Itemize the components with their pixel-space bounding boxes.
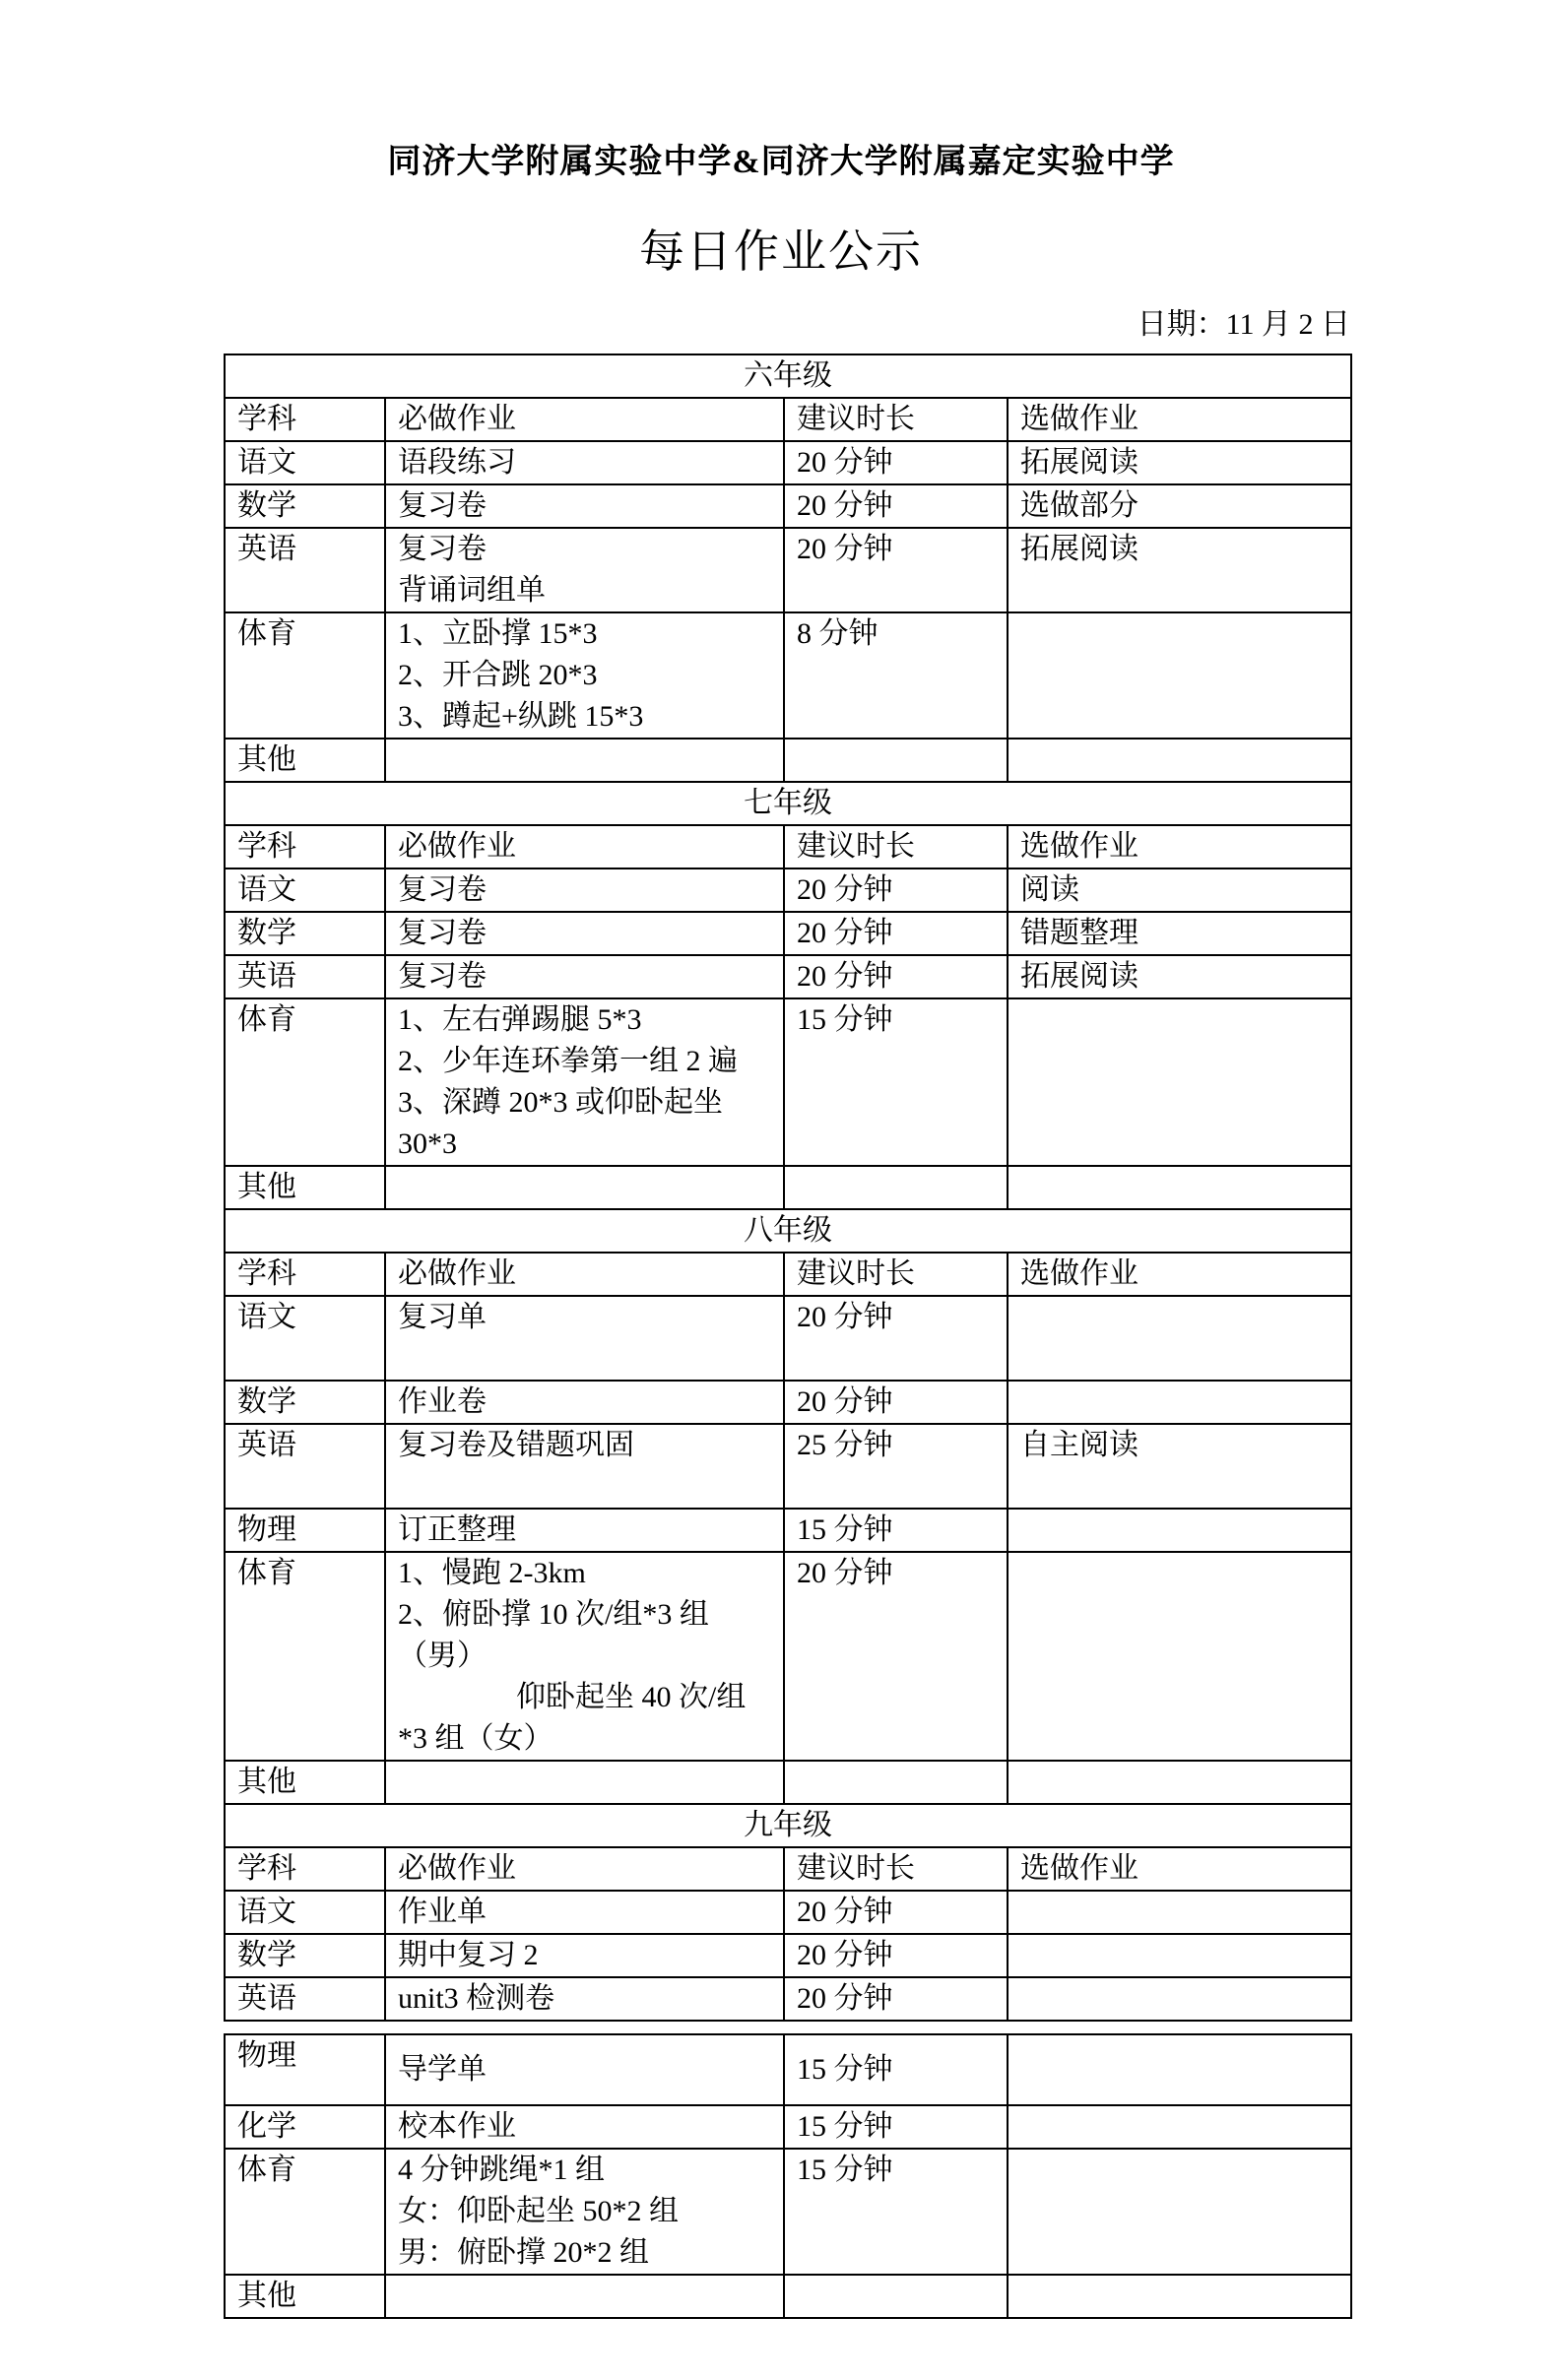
optional-homework-cell: 拓展阅读 xyxy=(1008,528,1351,612)
required-homework-cell xyxy=(385,1761,784,1804)
subject-cell: 英语 xyxy=(225,1977,385,2021)
document-subtitle: 每日作业公示 xyxy=(0,216,1562,281)
homework-row: 其他 xyxy=(225,1166,1351,1209)
optional-homework-cell xyxy=(1008,739,1351,782)
subject-cell: 英语 xyxy=(225,955,385,998)
column-header: 建议时长 xyxy=(784,398,1008,441)
optional-homework-cell xyxy=(1008,1891,1351,1934)
duration-cell: 8 分钟 xyxy=(784,612,1008,739)
homework-line: 作业单 xyxy=(398,1892,771,1933)
subject-cell: 体育 xyxy=(225,1552,385,1761)
duration-cell: 20 分钟 xyxy=(784,484,1008,528)
grade-title-row: 九年级 xyxy=(225,1804,1351,1847)
grade-title-row: 六年级 xyxy=(225,354,1351,398)
homework-line: 3、深蹲 20*3 或仰卧起坐 xyxy=(398,1082,771,1124)
duration-cell: 15 分钟 xyxy=(784,2149,1008,2275)
subject-cell: 英语 xyxy=(225,1424,385,1509)
homework-row: 英语复习卷及错题巩固25 分钟自主阅读 xyxy=(225,1424,1351,1509)
document-title: 同济大学附属实验中学&同济大学附属嘉定实验中学 xyxy=(0,0,1562,182)
grade-table: 八年级学科必做作业建议时长选做作业语文复习单20 分钟数学作业卷20 分钟英语复… xyxy=(224,1208,1352,1805)
duration-cell: 20 分钟 xyxy=(784,1934,1008,1977)
homework-line: 2、开合跳 20*3 xyxy=(398,655,771,696)
column-header: 学科 xyxy=(225,1847,385,1891)
homework-line: 男：俯卧撑 20*2 组 xyxy=(398,2232,771,2274)
required-homework-cell: 1、慢跑 2-3km2、俯卧撑 10 次/组*3 组（男） 仰卧起坐 40 次/… xyxy=(385,1552,784,1761)
optional-homework-cell xyxy=(1008,1552,1351,1761)
homework-row: 其他 xyxy=(225,1761,1351,1804)
grade-section-title: 七年级 xyxy=(225,782,1351,825)
column-header: 学科 xyxy=(225,398,385,441)
homework-row: 英语unit3 检测卷20 分钟 xyxy=(225,1977,1351,2021)
duration-cell: 15 分钟 xyxy=(784,2105,1008,2149)
homework-line: 作业卷 xyxy=(398,1382,771,1423)
homework-line: 4 分钟跳绳*1 组 xyxy=(398,2150,771,2191)
required-homework-cell: 1、立卧撑 15*32、开合跳 20*33、蹲起+纵跳 15*3 xyxy=(385,612,784,739)
homework-line: 仰卧起坐 40 次/组 xyxy=(398,1677,771,1718)
homework-row: 数学期中复习 220 分钟 xyxy=(225,1934,1351,1977)
grade-title-row: 七年级 xyxy=(225,782,1351,825)
homework-row: 物理订正整理15 分钟 xyxy=(225,1509,1351,1552)
required-homework-cell: 复习卷 xyxy=(385,955,784,998)
required-homework-cell: 作业单 xyxy=(385,1891,784,1934)
grade-table: 九年级学科必做作业建议时长选做作业语文作业单20 分钟数学期中复习 220 分钟… xyxy=(224,1803,1352,2022)
duration-cell: 20 分钟 xyxy=(784,1552,1008,1761)
grade-table: 七年级学科必做作业建议时长选做作业语文复习卷20 分钟阅读数学复习卷20 分钟错… xyxy=(224,781,1352,1210)
homework-line xyxy=(398,1466,771,1508)
required-homework-cell: 复习单 xyxy=(385,1296,784,1381)
grade-section-title: 六年级 xyxy=(225,354,1351,398)
subject-cell: 其他 xyxy=(225,1761,385,1804)
duration-cell xyxy=(784,1761,1008,1804)
duration-cell: 20 分钟 xyxy=(784,912,1008,955)
required-homework-cell: 4 分钟跳绳*1 组女：仰卧起坐 50*2 组男：俯卧撑 20*2 组 xyxy=(385,2149,784,2275)
homework-line: unit3 检测卷 xyxy=(398,1978,771,2020)
grade-section-title: 八年级 xyxy=(225,1209,1351,1253)
homework-row: 物理导学单15 分钟 xyxy=(225,2034,1351,2105)
homework-line: 2、少年连环拳第一组 2 遍 xyxy=(398,1041,771,1082)
required-homework-cell: 期中复习 2 xyxy=(385,1934,784,1977)
homework-row: 英语复习卷20 分钟拓展阅读 xyxy=(225,955,1351,998)
optional-homework-cell xyxy=(1008,612,1351,739)
homework-line: 3、蹲起+纵跳 15*3 xyxy=(398,696,771,738)
grade-table: 物理导学单15 分钟化学校本作业15 分钟体育4 分钟跳绳*1 组女：仰卧起坐 … xyxy=(224,2033,1352,2319)
required-homework-cell: 复习卷及错题巩固 xyxy=(385,1424,784,1509)
required-homework-cell: 导学单 xyxy=(385,2034,784,2105)
homework-row: 其他 xyxy=(225,2275,1351,2318)
homework-tables-container: 六年级学科必做作业建议时长选做作业语文语段练习20 分钟拓展阅读数学复习卷20 … xyxy=(0,354,1562,2319)
grade-title-row: 八年级 xyxy=(225,1209,1351,1253)
column-header: 建议时长 xyxy=(784,825,1008,868)
column-header-row: 学科必做作业建议时长选做作业 xyxy=(225,398,1351,441)
homework-line: *3 组（女） xyxy=(398,1718,771,1760)
optional-homework-cell: 错题整理 xyxy=(1008,912,1351,955)
optional-homework-cell xyxy=(1008,1296,1351,1381)
optional-homework-cell: 拓展阅读 xyxy=(1008,441,1351,484)
optional-homework-cell xyxy=(1008,2034,1351,2105)
homework-line: 1、立卧撑 15*3 xyxy=(398,613,771,655)
duration-cell: 20 分钟 xyxy=(784,1296,1008,1381)
optional-homework-cell xyxy=(1008,2275,1351,2318)
homework-row: 数学复习卷20 分钟错题整理 xyxy=(225,912,1351,955)
duration-cell: 25 分钟 xyxy=(784,1424,1008,1509)
homework-line: 复习卷 xyxy=(398,485,771,527)
duration-cell: 20 分钟 xyxy=(784,528,1008,612)
homework-row: 语文作业单20 分钟 xyxy=(225,1891,1351,1934)
homework-row: 语文复习卷20 分钟阅读 xyxy=(225,868,1351,912)
grade-table: 六年级学科必做作业建议时长选做作业语文语段练习20 分钟拓展阅读数学复习卷20 … xyxy=(224,354,1352,783)
subject-cell: 物理 xyxy=(225,2034,385,2105)
subject-cell: 语文 xyxy=(225,868,385,912)
homework-line: 复习卷 xyxy=(398,956,771,997)
homework-line: 背诵词组单 xyxy=(398,570,771,611)
homework-line: 校本作业 xyxy=(398,2106,771,2148)
optional-homework-cell: 拓展阅读 xyxy=(1008,955,1351,998)
subject-cell: 体育 xyxy=(225,998,385,1166)
column-header: 必做作业 xyxy=(385,1847,784,1891)
column-header: 建议时长 xyxy=(784,1847,1008,1891)
column-header-row: 学科必做作业建议时长选做作业 xyxy=(225,1253,1351,1296)
homework-line: 语段练习 xyxy=(398,442,771,483)
duration-cell: 20 分钟 xyxy=(784,1891,1008,1934)
required-homework-cell: 校本作业 xyxy=(385,2105,784,2149)
homework-line: 1、左右弹踢腿 5*3 xyxy=(398,999,771,1041)
homework-line: 2、俯卧撑 10 次/组*3 组 xyxy=(398,1594,771,1636)
subject-cell: 数学 xyxy=(225,484,385,528)
subject-cell: 英语 xyxy=(225,528,385,612)
subject-cell: 其他 xyxy=(225,1166,385,1209)
subject-cell: 语文 xyxy=(225,1891,385,1934)
column-header: 必做作业 xyxy=(385,1253,784,1296)
subject-cell: 物理 xyxy=(225,1509,385,1552)
homework-row: 语文复习单20 分钟 xyxy=(225,1296,1351,1381)
duration-cell: 15 分钟 xyxy=(784,1509,1008,1552)
homework-line: 复习卷 xyxy=(398,913,771,954)
homework-line: （男） xyxy=(398,1636,771,1677)
column-header: 选做作业 xyxy=(1008,1253,1351,1296)
subject-cell: 其他 xyxy=(225,2275,385,2318)
duration-cell xyxy=(784,739,1008,782)
homework-row: 体育1、慢跑 2-3km2、俯卧撑 10 次/组*3 组（男） 仰卧起坐 40 … xyxy=(225,1552,1351,1761)
required-homework-cell: 订正整理 xyxy=(385,1509,784,1552)
homework-line: 复习卷 xyxy=(398,869,771,911)
homework-row: 其他 xyxy=(225,739,1351,782)
homework-line: 1、慢跑 2-3km xyxy=(398,1553,771,1594)
homework-row: 英语复习卷背诵词组单20 分钟拓展阅读 xyxy=(225,528,1351,612)
homework-line: 女：仰卧起坐 50*2 组 xyxy=(398,2191,771,2232)
homework-row: 数学复习卷20 分钟选做部分 xyxy=(225,484,1351,528)
duration-cell xyxy=(784,1166,1008,1209)
document-page: 同济大学附属实验中学&同济大学附属嘉定实验中学 每日作业公示 日期：11 月 2… xyxy=(0,0,1562,2380)
subject-cell: 语文 xyxy=(225,441,385,484)
optional-homework-cell xyxy=(1008,1934,1351,1977)
column-header-row: 学科必做作业建议时长选做作业 xyxy=(225,1847,1351,1891)
optional-homework-cell: 阅读 xyxy=(1008,868,1351,912)
subject-cell: 数学 xyxy=(225,912,385,955)
optional-homework-cell: 选做部分 xyxy=(1008,484,1351,528)
column-header-row: 学科必做作业建议时长选做作业 xyxy=(225,825,1351,868)
date-label: 日期：11 月 2 日 xyxy=(224,304,1350,346)
required-homework-cell: 作业卷 xyxy=(385,1381,784,1424)
subject-cell: 体育 xyxy=(225,2149,385,2275)
duration-cell: 20 分钟 xyxy=(784,1977,1008,2021)
duration-cell: 15 分钟 xyxy=(784,2034,1008,2105)
homework-line: 订正整理 xyxy=(398,1510,771,1551)
duration-cell xyxy=(784,2275,1008,2318)
subject-cell: 化学 xyxy=(225,2105,385,2149)
optional-homework-cell xyxy=(1008,1761,1351,1804)
duration-cell: 20 分钟 xyxy=(784,441,1008,484)
subject-cell: 其他 xyxy=(225,739,385,782)
optional-homework-cell xyxy=(1008,2149,1351,2275)
subject-cell: 数学 xyxy=(225,1934,385,1977)
column-header: 选做作业 xyxy=(1008,1847,1351,1891)
required-homework-cell: unit3 检测卷 xyxy=(385,1977,784,2021)
duration-cell: 15 分钟 xyxy=(784,998,1008,1166)
homework-row: 体育1、立卧撑 15*32、开合跳 20*33、蹲起+纵跳 15*38 分钟 xyxy=(225,612,1351,739)
column-header: 学科 xyxy=(225,825,385,868)
optional-homework-cell: 自主阅读 xyxy=(1008,1424,1351,1509)
required-homework-cell: 1、左右弹踢腿 5*32、少年连环拳第一组 2 遍3、深蹲 20*3 或仰卧起坐… xyxy=(385,998,784,1166)
homework-row: 化学校本作业15 分钟 xyxy=(225,2105,1351,2149)
subject-cell: 语文 xyxy=(225,1296,385,1381)
duration-cell: 20 分钟 xyxy=(784,955,1008,998)
subject-cell: 体育 xyxy=(225,612,385,739)
optional-homework-cell xyxy=(1008,2105,1351,2149)
homework-line xyxy=(398,1338,771,1380)
homework-row: 体育1、左右弹踢腿 5*32、少年连环拳第一组 2 遍3、深蹲 20*3 或仰卧… xyxy=(225,998,1351,1166)
homework-line: 导学单 xyxy=(398,2049,771,2091)
column-header: 必做作业 xyxy=(385,825,784,868)
optional-homework-cell xyxy=(1008,1509,1351,1552)
required-homework-cell: 复习卷 xyxy=(385,868,784,912)
column-header: 学科 xyxy=(225,1253,385,1296)
subject-cell: 数学 xyxy=(225,1381,385,1424)
homework-row: 体育4 分钟跳绳*1 组女：仰卧起坐 50*2 组男：俯卧撑 20*2 组15 … xyxy=(225,2149,1351,2275)
optional-homework-cell xyxy=(1008,1381,1351,1424)
homework-line: 期中复习 2 xyxy=(398,1935,771,1976)
homework-row: 数学作业卷20 分钟 xyxy=(225,1381,1351,1424)
homework-line: 复习卷及错题巩固 xyxy=(398,1425,771,1466)
required-homework-cell xyxy=(385,739,784,782)
optional-homework-cell xyxy=(1008,998,1351,1166)
column-header: 选做作业 xyxy=(1008,825,1351,868)
required-homework-cell: 复习卷 xyxy=(385,484,784,528)
duration-cell: 20 分钟 xyxy=(784,1381,1008,1424)
required-homework-cell xyxy=(385,2275,784,2318)
homework-line: 复习单 xyxy=(398,1297,771,1338)
optional-homework-cell xyxy=(1008,1977,1351,2021)
optional-homework-cell xyxy=(1008,1166,1351,1209)
column-header: 必做作业 xyxy=(385,398,784,441)
column-header: 选做作业 xyxy=(1008,398,1351,441)
homework-line: 复习卷 xyxy=(398,529,771,570)
required-homework-cell: 语段练习 xyxy=(385,441,784,484)
required-homework-cell: 复习卷背诵词组单 xyxy=(385,528,784,612)
homework-row: 语文语段练习20 分钟拓展阅读 xyxy=(225,441,1351,484)
grade-section-title: 九年级 xyxy=(225,1804,1351,1847)
duration-cell: 20 分钟 xyxy=(784,868,1008,912)
homework-line: 30*3 xyxy=(398,1124,771,1165)
column-header: 建议时长 xyxy=(784,1253,1008,1296)
required-homework-cell: 复习卷 xyxy=(385,912,784,955)
required-homework-cell xyxy=(385,1166,784,1209)
